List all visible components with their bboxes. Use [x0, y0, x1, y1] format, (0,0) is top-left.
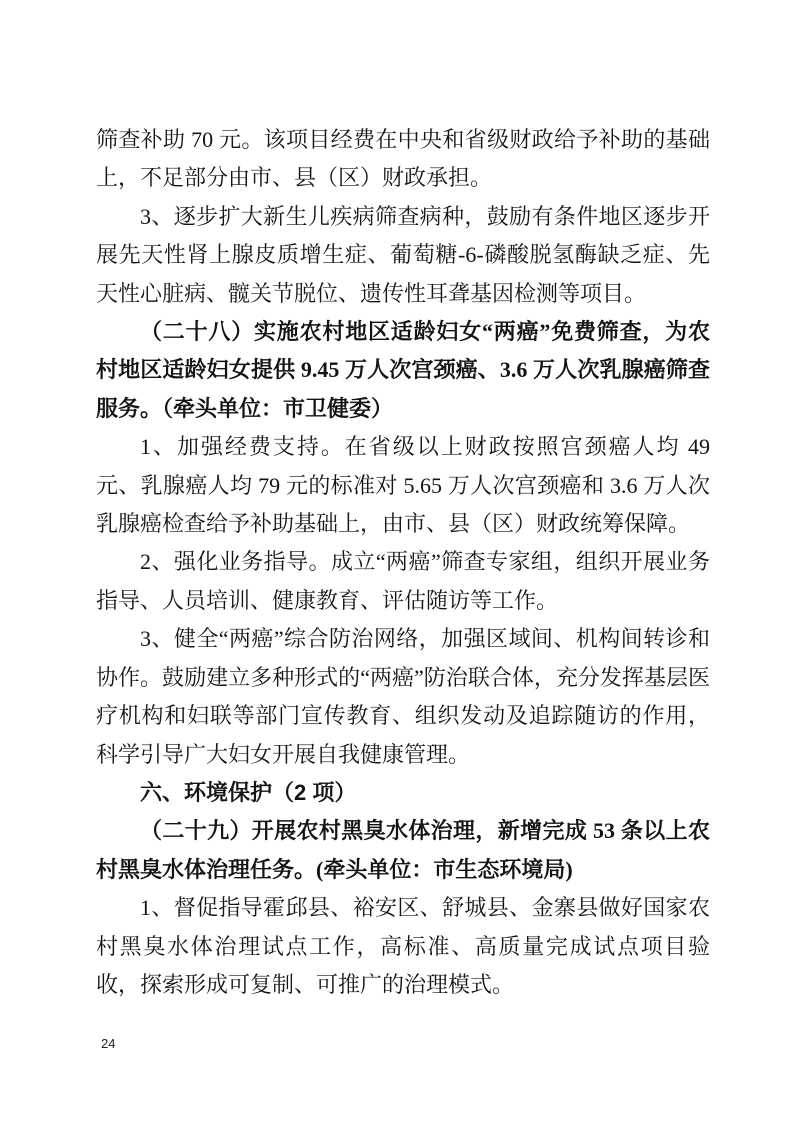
document-page: 筛查补助 70 元。该项目经费在中央和省级财政给予补助的基础上，不足部分由市、县… — [0, 0, 793, 1122]
paragraph-newborn-disease-screening: 3、逐步扩大新生儿疾病筛查病种，鼓励有条件地区逐步开展先天性肾上腺皮质增生症、葡… — [96, 198, 710, 313]
section-item-28-title: （二十八）实施农村地区适龄妇女“两癌”免费筛查，为农村地区适龄妇女提供 9.45… — [96, 313, 710, 428]
paragraph-black-odorous-water-pilot: 1、督促指导霍邱县、裕安区、舒城县、金寨县做好国家农村黑臭水体治理试点工作，高标… — [96, 889, 710, 1004]
paragraph-prevention-network: 3、健全“两癌”综合防治网络，加强区域间、机构间转诊和协作。鼓励建立多种形式的“… — [96, 620, 710, 774]
document-text-block: 筛查补助 70 元。该项目经费在中央和省级财政给予补助的基础上，不足部分由市、县… — [96, 121, 710, 1004]
paragraph-funding-support: 1、加强经费支持。在省级以上财政按照宫颈癌人均 49 元、乳腺癌人均 79 元的… — [96, 428, 710, 543]
section-item-29-title: （二十九）开展农村黑臭水体治理，新增完成 53 条以上农村黑臭水体治理任务。(牵… — [96, 812, 710, 889]
page-number: 24 — [101, 1036, 115, 1051]
paragraph-screening-subsidy-continuation: 筛查补助 70 元。该项目经费在中央和省级财政给予补助的基础上，不足部分由市、县… — [96, 121, 710, 198]
section-6-environment-heading: 六、环境保护（2 项） — [96, 774, 710, 812]
paragraph-business-guidance: 2、强化业务指导。成立“两癌”筛查专家组，组织开展业务指导、人员培训、健康教育、… — [96, 543, 710, 620]
